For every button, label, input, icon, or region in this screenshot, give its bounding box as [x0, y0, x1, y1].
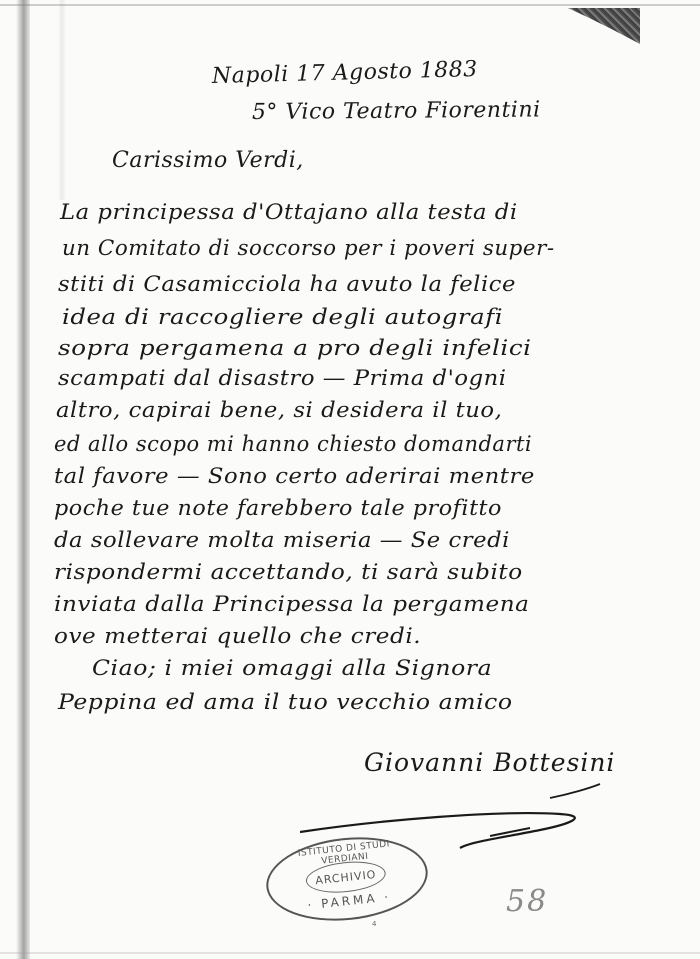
body-line-10: poche tue note farebbero tale profitto: [54, 496, 502, 520]
body-line-8: ed allo scopo mi hanno chiesto domandart…: [54, 432, 532, 456]
stamp-inner-text: ARCHIVIO: [315, 867, 377, 886]
folio-number: 58: [506, 884, 548, 919]
body-line-11: da sollevare molta miseria — Se credi: [54, 528, 510, 552]
body-line-6: scampati dal disastro — Prima d'ogni: [58, 366, 507, 390]
body-line-15: Ciao; i miei omaggi alla Signora: [92, 656, 492, 680]
body-line-14: ove metterai quello che credi.: [54, 624, 421, 648]
body-line-13: inviata dalla Principessa la pergamena: [54, 592, 529, 616]
place-date: Napoli 17 Agosto 1883: [212, 57, 478, 89]
body-line-12: rispondermi accettando, ti sarà subito: [54, 560, 523, 584]
body-line-5: sopra pergamena a pro degli infelici: [58, 336, 532, 360]
body-line-3: stiti di Casamicciola ha avuto la felice: [58, 272, 516, 296]
address-line: 5° Vico Teatro Fiorentini: [252, 97, 541, 125]
body-line-2: un Comitato di soccorso per i poveri sup…: [62, 236, 555, 260]
corner-fold-artifact: [568, 8, 640, 44]
body-line-7: altro, capirai bene, si desidera il tuo,: [56, 398, 502, 422]
stamp-small-mark: 4: [372, 920, 376, 928]
body-line-9: tal favore — Sono certo aderirai mentre: [54, 464, 535, 488]
binding-shadow: [16, 0, 30, 959]
page-top-edge: [0, 4, 700, 6]
page-bottom-edge: [0, 952, 700, 954]
body-line-4: idea di raccogliere degli autografi: [62, 305, 503, 329]
binding-shadow-faint: [58, 0, 66, 200]
archive-stamp: ISTITUTO DI STUDI VERDIANI ARCHIVIO · PA…: [262, 830, 432, 928]
signature: Giovanni Bottesini: [364, 748, 615, 777]
letter-page: Napoli 17 Agosto 1883 5° Vico Teatro Fio…: [0, 0, 700, 959]
salutation: Carissimo Verdi,: [112, 148, 304, 173]
body-line-16: Peppina ed ama il tuo vecchio amico: [58, 690, 513, 714]
body-line-1: La principessa d'Ottajano alla testa di: [60, 200, 518, 224]
